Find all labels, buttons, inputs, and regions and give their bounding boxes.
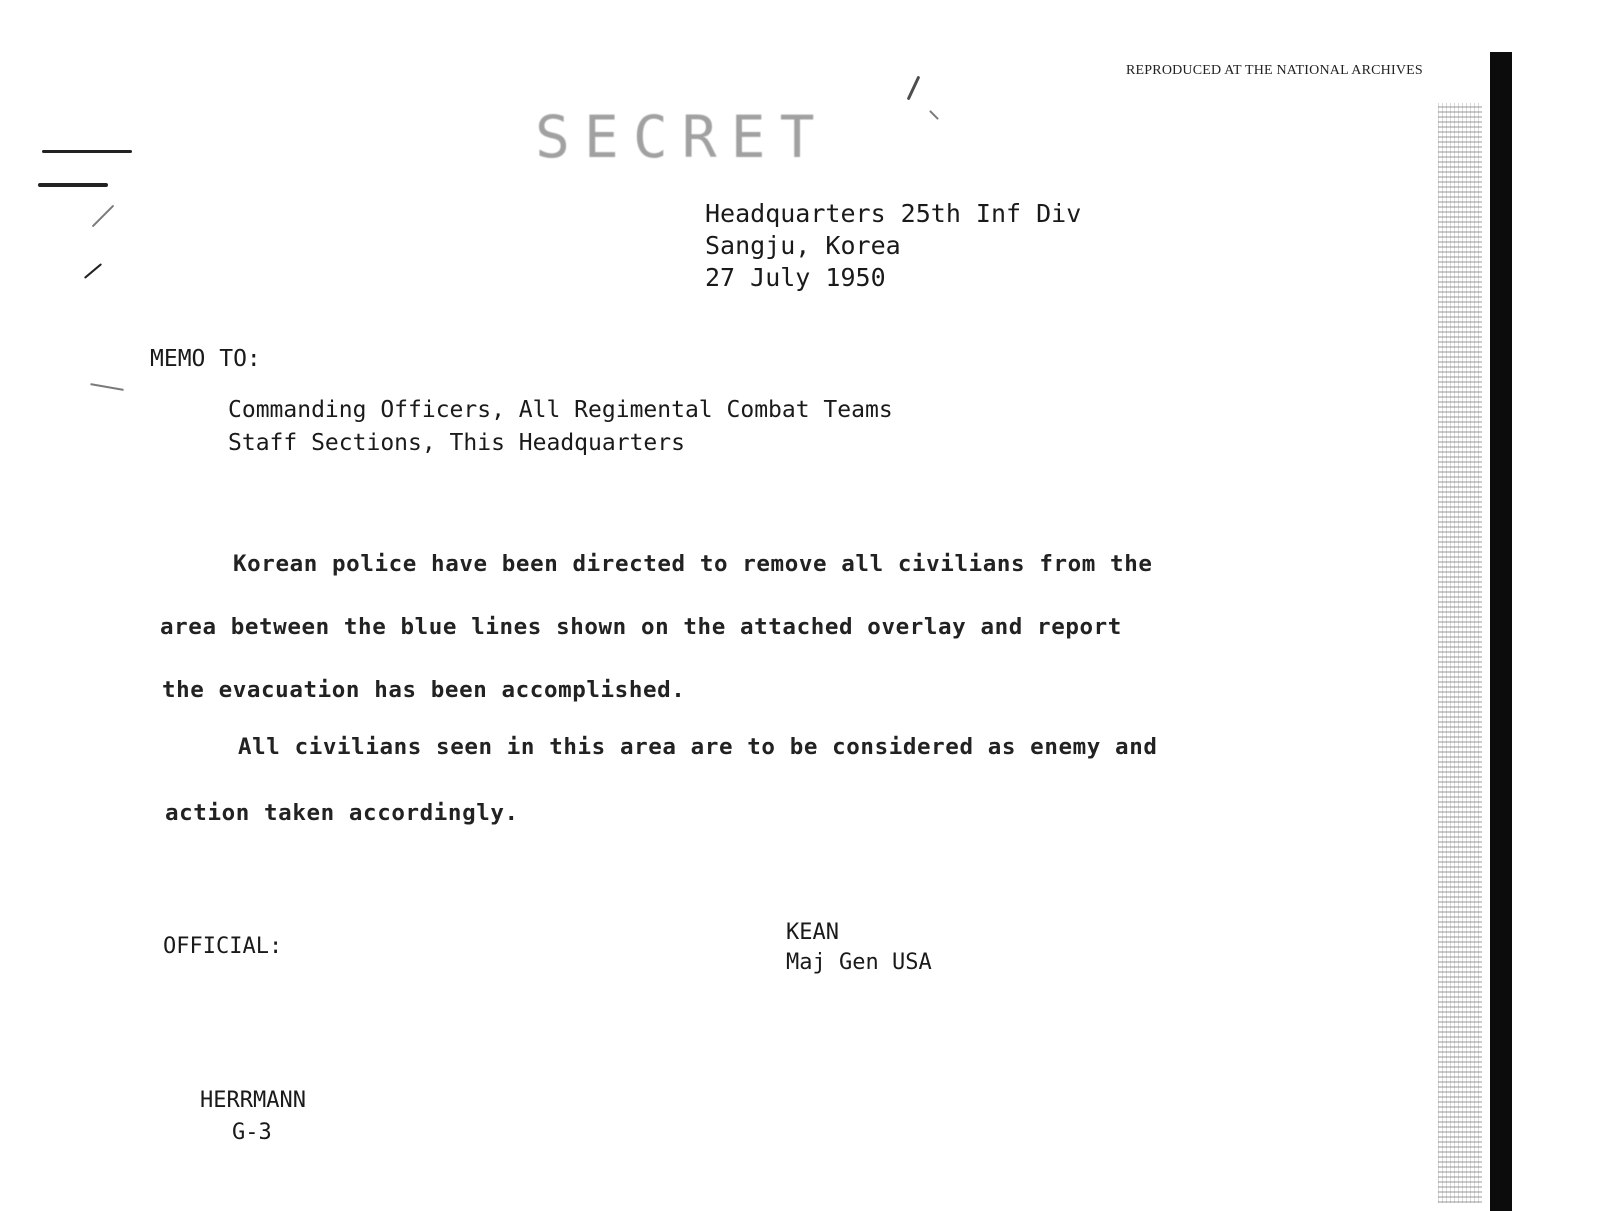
header-block: Headquarters 25th Inf Div Sangju, Korea … bbox=[705, 198, 1081, 294]
body-line: action taken accordingly. bbox=[165, 800, 519, 826]
signatory-name: KEAN bbox=[786, 918, 932, 948]
signature-block: KEAN Maj Gen USA bbox=[786, 918, 932, 978]
memo-to-label: MEMO TO: bbox=[150, 346, 261, 372]
body-line: All civilians seen in this area are to b… bbox=[238, 734, 1158, 760]
body-line: the evacuation has been accomplished. bbox=[162, 677, 685, 703]
addressee-list: Commanding Officers, All Regimental Comb… bbox=[228, 394, 893, 460]
scan-edge-noise bbox=[1438, 103, 1482, 1203]
addressee: Commanding Officers, All Regimental Comb… bbox=[228, 394, 893, 427]
signatory-rank: Maj Gen USA bbox=[786, 948, 932, 978]
authentication-block: HERRMANN G-3 bbox=[200, 1085, 306, 1149]
location-line: Sangju, Korea bbox=[705, 230, 1081, 262]
authenticator-section: G-3 bbox=[200, 1117, 306, 1149]
addressee: Staff Sections, This Headquarters bbox=[228, 427, 893, 460]
body-line: Korean police have been directed to remo… bbox=[233, 551, 1153, 577]
official-label: OFFICIAL: bbox=[163, 934, 282, 959]
scan-edge-border bbox=[1490, 52, 1512, 1211]
headquarters-line: Headquarters 25th Inf Div bbox=[705, 198, 1081, 230]
body-line: area between the blue lines shown on the… bbox=[160, 614, 1122, 640]
date-line: 27 July 1950 bbox=[705, 262, 1081, 294]
classification-stamp: SECRET bbox=[535, 103, 829, 171]
archive-stamp: REPRODUCED AT THE NATIONAL ARCHIVES bbox=[1126, 63, 1423, 79]
authenticator-name: HERRMANN bbox=[200, 1085, 306, 1117]
